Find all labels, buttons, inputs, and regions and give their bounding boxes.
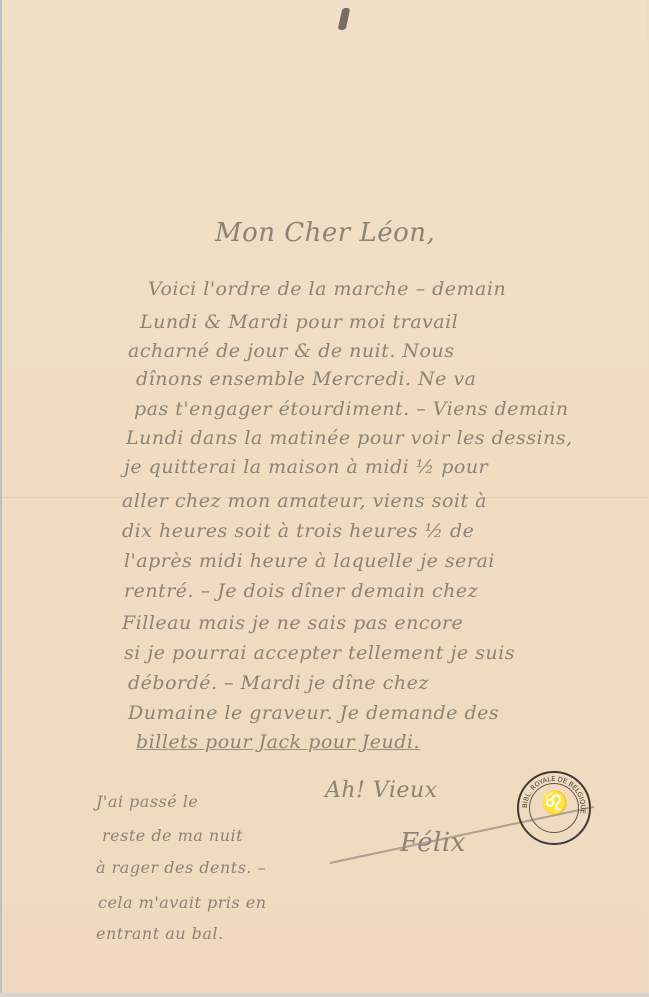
signature: Félix: [400, 828, 466, 858]
postscript-line: reste de ma nuit: [102, 826, 243, 845]
body-line: si je pourrai accepter tellement je suis: [124, 642, 515, 664]
body-line: Lundi & Mardi pour moi travail: [140, 311, 458, 333]
closing: Ah! Vieux: [325, 778, 438, 803]
page-edge-bottom: [0, 993, 649, 997]
body-line: pas t'engager étourdiment. – Viens demai…: [134, 398, 569, 420]
body-line: rentré. – Je dois dîner demain chez: [124, 580, 478, 602]
postscript-line: J'ai passé le: [96, 792, 198, 811]
salutation: Mon Cher Léon,: [215, 218, 435, 248]
body-line: aller chez mon amateur, viens soit à: [122, 490, 487, 512]
library-stamp: ♌ BIBL. ROYALE DE BELGIQUE: [517, 771, 591, 845]
postscript-line: cela m'avait pris en: [98, 893, 267, 912]
postscript-line: à rager des dents. –: [96, 858, 266, 877]
body-line: je quitterai la maison à midi ½ pour: [124, 456, 488, 478]
body-line: acharné de jour & de nuit. Nous: [128, 340, 455, 362]
stamp-text: BIBL. ROYALE DE BELGIQUE: [519, 773, 589, 843]
body-line: l'après midi heure à laquelle je serai: [124, 550, 495, 572]
svg-text:BIBL. ROYALE DE BELGIQUE: BIBL. ROYALE DE BELGIQUE: [521, 775, 587, 814]
body-line: dînons ensemble Mercredi. Ne va: [136, 368, 477, 390]
postscript-line: entrant au bal.: [96, 924, 224, 943]
body-line: débordé. – Mardi je dîne chez: [128, 672, 429, 694]
body-line: billets pour Jack pour Jeudi.: [136, 731, 420, 753]
body-line: dix heures soit à trois heures ½ de: [122, 520, 474, 542]
body-line: Voici l'ordre de la marche – demain: [148, 278, 506, 300]
body-line: Dumaine le graveur. Je demande des: [128, 702, 499, 724]
body-line: Filleau mais je ne sais pas encore: [122, 612, 463, 634]
body-line: Lundi dans la matinée pour voir les dess…: [126, 427, 573, 449]
